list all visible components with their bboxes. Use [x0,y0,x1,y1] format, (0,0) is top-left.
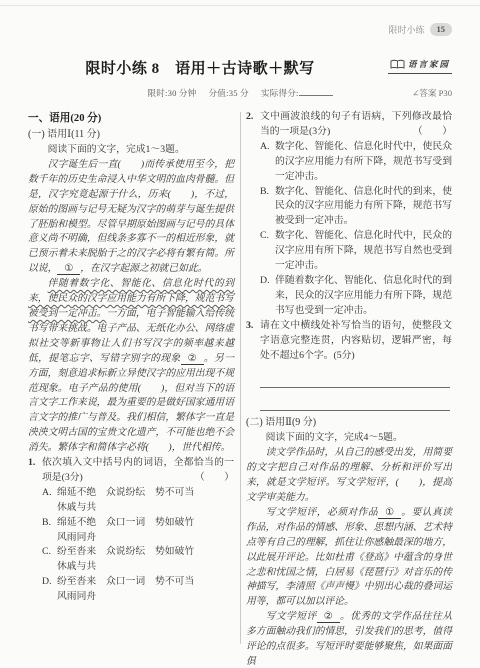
numbered-blank-2: ② [181,353,204,365]
question-1-number: 1. [28,456,42,486]
question-1: 1. 依次填入文中括号内的词语，全都恰当的一项是(3分)（ ） [28,456,234,486]
question-2-number: 2. [246,110,260,140]
option-a: A. 绵延不绝 众说纷纭 势不可当休戚与共 [42,486,234,516]
publisher-logo: 语言家园 [388,58,452,74]
page-title: 限时小练 8 语用＋古诗歌＋默写 [28,57,372,78]
option-a-label: A. [42,486,57,516]
title-row: 限时小练 8 语用＋古诗歌＋默写 语言家园 [28,57,452,77]
option-c-line2: 休戚与共 [57,560,234,575]
total-score: 分值:35 分 [209,88,249,98]
question-3-number: 3. [246,319,260,364]
question-1-options: A. 绵延不绝 众说纷纭 势不可当休戚与共 B. 绵延不绝 众口一词 势如破竹风… [42,486,234,605]
section1-intro: 阅读下面的文字，完成1～3题。 [28,143,234,158]
option-c-label: C. [42,545,57,575]
logo-text: 语言家园 [408,58,450,70]
passage2: 读文学作品时，从自己的感受出发，用简要的文字把自己对作品的理解、分析和评价写出来… [246,446,452,668]
passage1-para2: 伴随着数字化、智能化、信息化时代的到来，使民众的汉字应用能力有所下降，规范书写被… [28,277,234,456]
left-column: 一、语用(20 分) (一) 语用Ⅰ(11 分) 阅读下面的文字，完成1～3题。… [28,110,234,668]
option-b-body: 绵延不绝 众口一词 势如破竹风雨同舟 [57,516,234,546]
option-d-body: 纷至沓来 众口一词 势不可当风雨同舟 [57,575,234,605]
option-d: D. 纷至沓来 众口一词 势不可当风雨同舟 [42,575,234,605]
right-column: 2. 文中画波浪线的句子有语病，下列修改最恰当的一项是(3分)（ ） A. 数字… [246,110,452,668]
passage2-para2-tail: 。要认真读作品，对作品的情感、形象、思想内涵、艺术特点等有自己的理解，抓住让你感… [246,507,452,607]
workbook-page: { "page": { "running_head": "限时小练", "pag… [0,0,480,668]
option-a-line2: 休戚与共 [57,501,234,516]
option-d-label: D. [42,575,57,605]
actual-score-blank [299,86,333,96]
option-a-line1: 绵延不绝 众说纷纭 势不可当 [57,486,234,501]
question-2-text: 文中画波浪线的句子有语病，下列修改最恰当的一项是(3分)（ ） [260,110,452,140]
passage2-para2-text: 写文学短评，必须对作品 [266,507,378,518]
option-c: C. 纷至沓来 众说纷纭 势如破竹休戚与共 [42,545,234,575]
column-divider [240,112,241,644]
numbered-blank-1: ① [57,263,80,275]
passage1-para1-tail: ，在汉字起源之初就已如此。 [80,263,207,274]
passage1-para2-tail: 。另一方面，刻意追求标新立异使汉字的应用出现不规范现象。电子产品的使用( )，但… [28,353,234,453]
option-b-label: B. [42,516,57,546]
option-2a-label: A. [260,140,275,185]
option-2b: B. 数字化、智能化、信息化时代的到来，使民众的汉字应用能力有所下降，规范书写被… [260,185,452,230]
two-column-body: 一、语用(20 分) (一) 语用Ⅰ(11 分) 阅读下面的文字，完成1～3题。… [28,110,452,668]
answer-line-2 [260,388,450,411]
question-1-answer-paren: （ ） [195,471,234,486]
option-2c: C. 数字化、智能化、信息化时代中，民众的汉字应用有所下降，规范书写自然也受到一… [260,229,452,274]
option-d-line2: 风雨同舟 [57,590,234,605]
answer-line-1 [260,365,450,388]
option-2c-label: C. [260,229,275,274]
passage1: 汉字诞生后一直( )而传承使用至今，把数千年的历史生命浸入中华文明的血肉骨髓。但… [28,158,234,456]
section2-subheading: (二) 语用Ⅱ(9 分) [246,415,452,431]
option-2d-label: D. [260,274,275,319]
option-2a: A. 数字化、智能化、信息化时代中，使民众的汉字应用能力有所下降，规范书写受到一… [260,140,452,185]
question-2: 2. 文中画波浪线的句子有语病，下列修改最恰当的一项是(3分)（ ） [246,110,452,140]
option-2b-text: 数字化、智能化、信息化时代的到来，使民众的汉字应用能力有所下降，规范书写被受到一… [275,185,452,230]
passage2-para1: 读文学作品时，从自己的感受出发，用简要的文字把自己对作品的理解、分析和评价写出来… [246,446,452,506]
actual-score-label: 实际得分: [261,88,299,98]
answer-reference: ∠答案 P30 [412,87,452,99]
meta-row: 限时:30 分钟分值:35 分实际得分: ∠答案 P30 [28,86,452,100]
option-2b-label: B. [260,185,275,230]
running-head: 限时小练 15 [388,23,452,36]
exam-meta: 限时:30 分钟分值:35 分实际得分: [28,86,452,99]
passage1-para1-text: 汉字诞生后一直( )而传承使用至今，把数千年的历史生命浸入中华文明的血肉骨髓。但… [28,159,234,274]
option-2a-text: 数字化、智能化、信息化时代中，使民众的汉字应用能力有所下降，规范书写受到一定冲击… [275,140,452,185]
question-3: 3. 请在文中横线处补写恰当的语句，使整段文字语意完整连贯，内容贴切，逻辑严密，… [246,319,452,364]
running-head-label: 限时小练 [388,23,424,36]
question-2-options: A. 数字化、智能化、信息化时代中，使民众的汉字应用能力有所下降，规范书写受到一… [260,140,452,319]
section1-heading: 一、语用(20 分) [28,110,234,127]
option-c-body: 纷至沓来 众说纷纭 势如破竹休戚与共 [57,545,234,575]
option-2d-text: 伴随着数字化、智能化、信息化时代的到来，民众的汉字应用能力有所下降，规范书写也受… [275,274,452,319]
page-number-badge: 15 [430,23,453,36]
time-limit: 限时:30 分钟 [147,88,196,98]
open-book-icon [390,59,405,70]
option-d-line1: 纷至沓来 众口一词 势不可当 [57,575,234,590]
passage2-para2: 写文学短评，必须对作品①。要认真读作品，对作品的情感、形象、思想内涵、艺术特点等… [246,506,452,610]
numbered-blank-3: ① [378,507,401,519]
page-top-edge [0,5,480,6]
option-c-line1: 纷至沓来 众说纷纭 势如破竹 [57,545,234,560]
numbered-blank-4: ② [317,611,340,623]
option-2d: D. 伴随着数字化、智能化、信息化时代的到来，民众的汉字应用能力有所下降，规范书… [260,274,452,319]
passage2-para3-text: 写文学短评 [266,611,317,622]
question-3-answer-area [260,365,450,411]
section1-subheading: (一) 语用Ⅰ(11 分) [28,127,234,143]
question-2-answer-paren: （ ） [413,125,452,140]
question-1-text: 依次填入文中括号内的词语，全都恰当的一项是(3分)（ ） [42,456,234,486]
passage1-para1: 汉字诞生后一直( )而传承使用至今，把数千年的历史生命浸入中华文明的血肉骨髓。但… [28,158,234,277]
option-b: B. 绵延不绝 众口一词 势如破竹风雨同舟 [42,516,234,546]
option-b-line2: 风雨同舟 [57,531,234,546]
section2-intro: 阅读下面的文字，完成4～5题。 [246,431,452,446]
passage2-para3: 写文学短评②。优秀的文学作品往往从多方面触动我们的情思，引发我们的思考，值得评论… [246,610,452,668]
option-a-body: 绵延不绝 众说纷纭 势不可当休戚与共 [57,486,234,516]
option-b-line1: 绵延不绝 众口一词 势如破竹 [57,516,234,531]
option-2c-text: 数字化、智能化、信息化时代中，民众的汉字应用有所下降，规范书写自然也受到一定冲击… [275,229,452,274]
question-3-text: 请在文中横线处补写恰当的语句，使整段文字语意完整连贯，内容贴切，逻辑严密，每处不… [260,319,452,364]
